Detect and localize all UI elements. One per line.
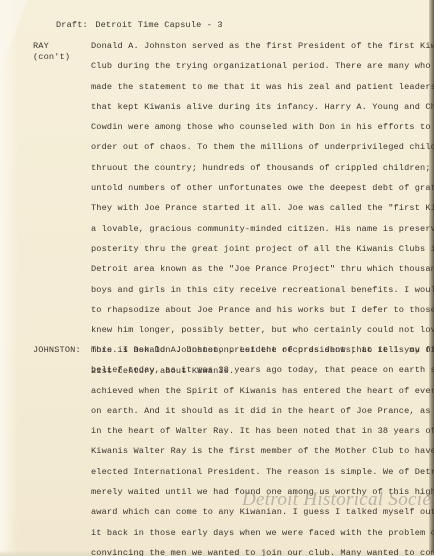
text-line: They with Joe Prance started it all. Joe… <box>91 198 434 218</box>
speaker-name: JOHNSTON: <box>33 345 81 356</box>
speaker-ray: RAY (con't) <box>33 41 70 63</box>
speaker-name: RAY <box>33 41 70 52</box>
watermark: Detroit Historical Society <box>242 489 434 511</box>
text-line: elected International President. The rea… <box>91 462 434 482</box>
speaker-note: (con't) <box>33 52 70 63</box>
text-line: Detroit area known as the "Joe Prance Pr… <box>91 259 434 279</box>
text-line: that kept Kiwanis alive during its infan… <box>91 97 434 117</box>
text-line: belief today, as it was 38 years ago tod… <box>91 360 434 380</box>
text-line: on earth. And it should as it did in the… <box>91 401 434 421</box>
text-line: This is Donald A. Johnston. Let the reco… <box>91 340 434 360</box>
document-title: Detroit Time Capsule - 3 <box>95 20 222 30</box>
text-line: knew him longer, possibly better, but wh… <box>91 320 434 340</box>
speaker-johnston: JOHNSTON: <box>33 345 81 356</box>
johnston-paragraph: This is Donald A. Johnston. Let the reco… <box>91 340 434 556</box>
text-line: a lovable, gracious community-minded cit… <box>91 219 434 239</box>
text-line: boys and girls in this city receive recr… <box>91 280 434 300</box>
text-line: made the statement to me that it was his… <box>91 77 434 97</box>
text-line: posterity thru the great joint project o… <box>91 239 434 259</box>
text-line: to rhapsodize about Joe Prance and his w… <box>91 300 434 320</box>
text-line: achieved when the Spirit of Kiwanis has … <box>91 381 434 401</box>
page-left-shading <box>0 0 18 556</box>
text-line: Donald A. Johnston served as the first P… <box>91 36 434 56</box>
document-page: Draft: Detroit Time Capsule - 3 RAY (con… <box>0 0 434 556</box>
text-line: untold numbers of other unfortunates owe… <box>91 178 434 198</box>
draft-label: Draft: <box>56 20 90 30</box>
text-line: in the heart of Walter Ray. It has been … <box>91 421 434 441</box>
text-line: order out of chaos. To them the millions… <box>91 137 434 157</box>
text-line: Club during the trying organizational pe… <box>91 56 434 76</box>
text-line: thruout the country; hundreds of thousan… <box>91 158 434 178</box>
text-line: Cowdin were among those who counseled wi… <box>91 117 434 137</box>
text-line: it back in those early days when we were… <box>91 523 434 543</box>
text-line: Kiwanis Walter Ray is the first member o… <box>91 441 434 461</box>
text-line: convincing the men we wanted to join our… <box>91 543 434 556</box>
ray-paragraph: Donald A. Johnston served as the first P… <box>91 36 434 381</box>
document-header: Draft: Detroit Time Capsule - 3 <box>56 20 223 30</box>
